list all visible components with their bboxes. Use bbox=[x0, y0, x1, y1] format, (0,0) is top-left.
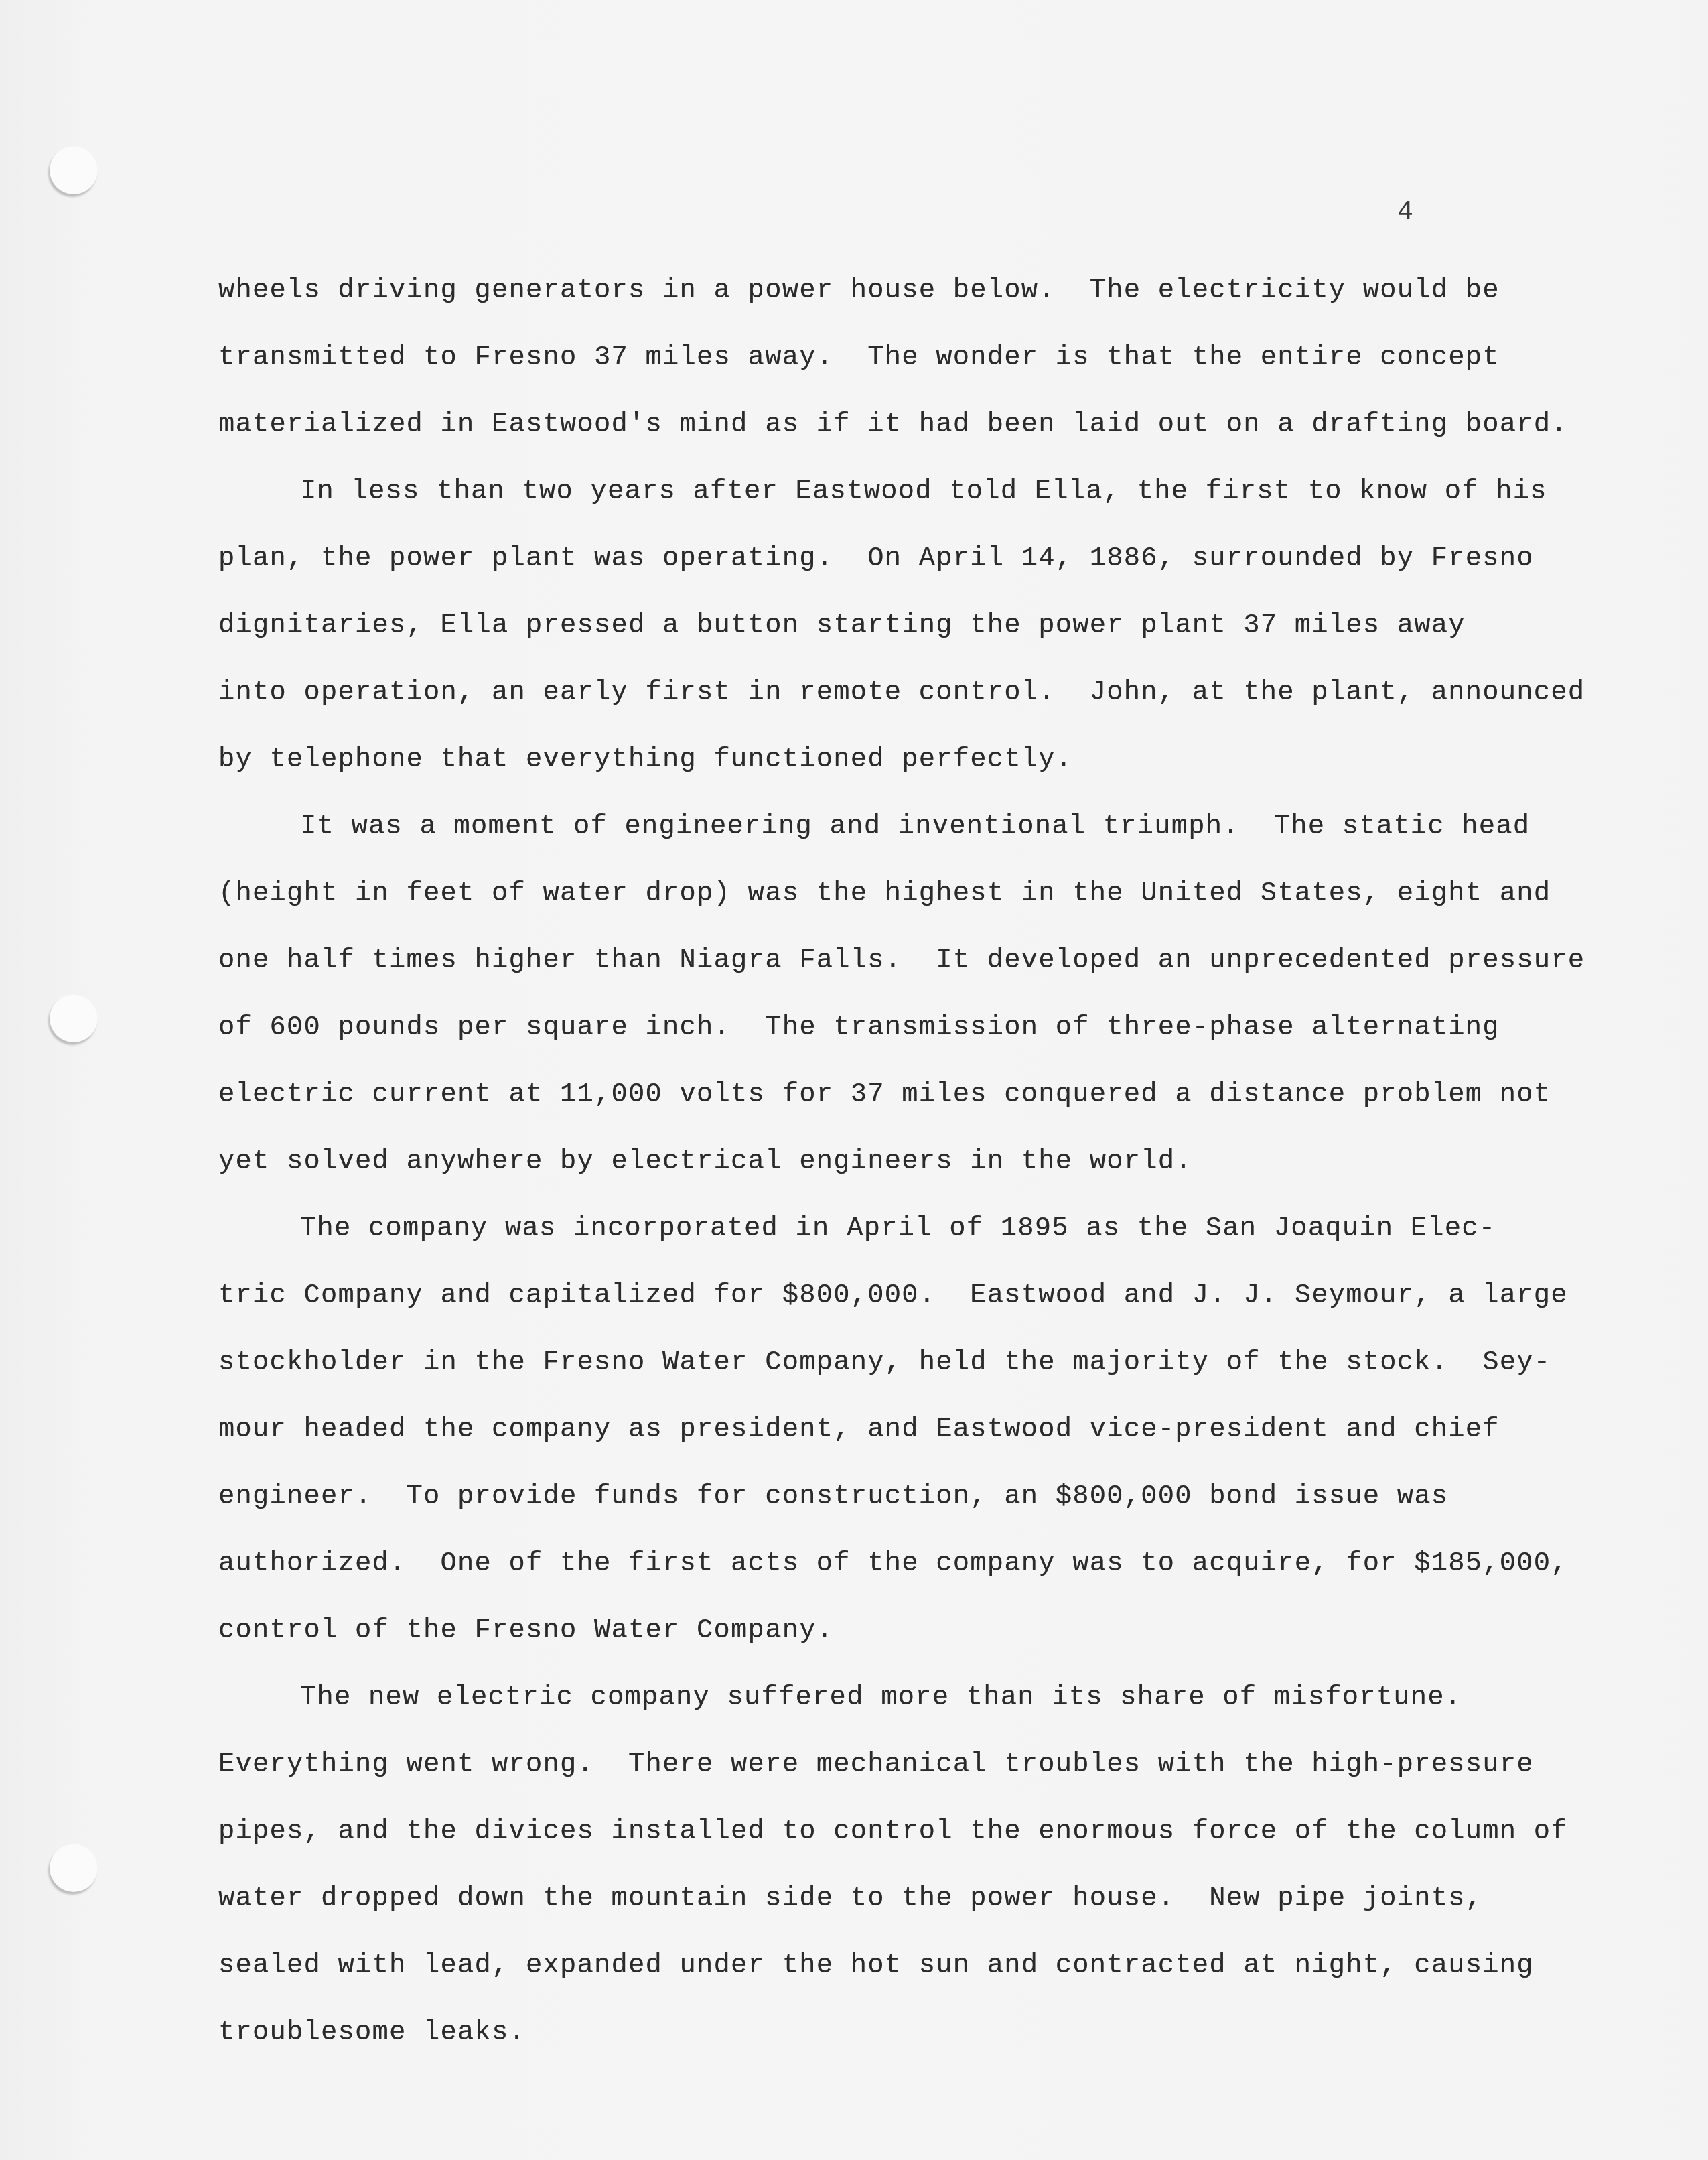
text-line: plan, the power plant was operating. On … bbox=[218, 525, 1598, 592]
document-page: 4 wheels driving generators in a power h… bbox=[0, 0, 1708, 2160]
paragraph-1: wheels driving generators in a power hou… bbox=[218, 257, 1598, 458]
text-line: tric Company and capitalized for $800,00… bbox=[218, 1262, 1598, 1329]
text-line: In less than two years after Eastwood to… bbox=[218, 458, 1598, 525]
text-line: pipes, and the divices installed to cont… bbox=[218, 1798, 1598, 1865]
text-line: The new electric company suffered more t… bbox=[218, 1664, 1598, 1731]
text-line: electric current at 11,000 volts for 37 … bbox=[218, 1061, 1598, 1128]
paragraph-3: It was a moment of engineering and inven… bbox=[218, 793, 1598, 1195]
paragraph-4: The company was incorporated in April of… bbox=[218, 1195, 1598, 1664]
text-line: It was a moment of engineering and inven… bbox=[218, 793, 1598, 860]
text-line: authorized. One of the first acts of the… bbox=[218, 1530, 1598, 1597]
text-line: into operation, an early first in remote… bbox=[218, 659, 1598, 726]
text-line: stockholder in the Fresno Water Company,… bbox=[218, 1329, 1598, 1396]
text-line: sealed with lead, expanded under the hot… bbox=[218, 1932, 1598, 1999]
text-line: Everything went wrong. There were mechan… bbox=[218, 1731, 1598, 1798]
punch-hole-middle bbox=[50, 994, 98, 1042]
paragraph-5: The new electric company suffered more t… bbox=[218, 1664, 1598, 2066]
text-line: transmitted to Fresno 37 miles away. The… bbox=[218, 324, 1598, 391]
text-line: yet solved anywhere by electrical engine… bbox=[218, 1128, 1598, 1195]
page-number: 4 bbox=[1397, 194, 1413, 232]
text-line: control of the Fresno Water Company. bbox=[218, 1597, 1598, 1664]
text-line: engineer. To provide funds for construct… bbox=[218, 1463, 1598, 1530]
text-line: The company was incorporated in April of… bbox=[218, 1195, 1598, 1262]
text-line: (height in feet of water drop) was the h… bbox=[218, 860, 1598, 927]
text-line: water dropped down the mountain side to … bbox=[218, 1865, 1598, 1932]
text-line: wheels driving generators in a power hou… bbox=[218, 257, 1598, 324]
text-line: dignitaries, Ella pressed a button start… bbox=[218, 592, 1598, 659]
text-line: materialized in Eastwood's mind as if it… bbox=[218, 391, 1598, 458]
text-line: troublesome leaks. bbox=[218, 1999, 1598, 2066]
text-line: one half times higher than Niagra Falls.… bbox=[218, 927, 1598, 994]
text-line: by telephone that everything functioned … bbox=[218, 726, 1598, 793]
text-line: mour headed the company as president, an… bbox=[218, 1396, 1598, 1463]
punch-hole-bottom bbox=[50, 1844, 98, 1892]
punch-hole-top bbox=[50, 146, 98, 194]
text-line: of 600 pounds per square inch. The trans… bbox=[218, 994, 1598, 1061]
body-text: wheels driving generators in a power hou… bbox=[218, 257, 1598, 2066]
paragraph-2: In less than two years after Eastwood to… bbox=[218, 458, 1598, 793]
